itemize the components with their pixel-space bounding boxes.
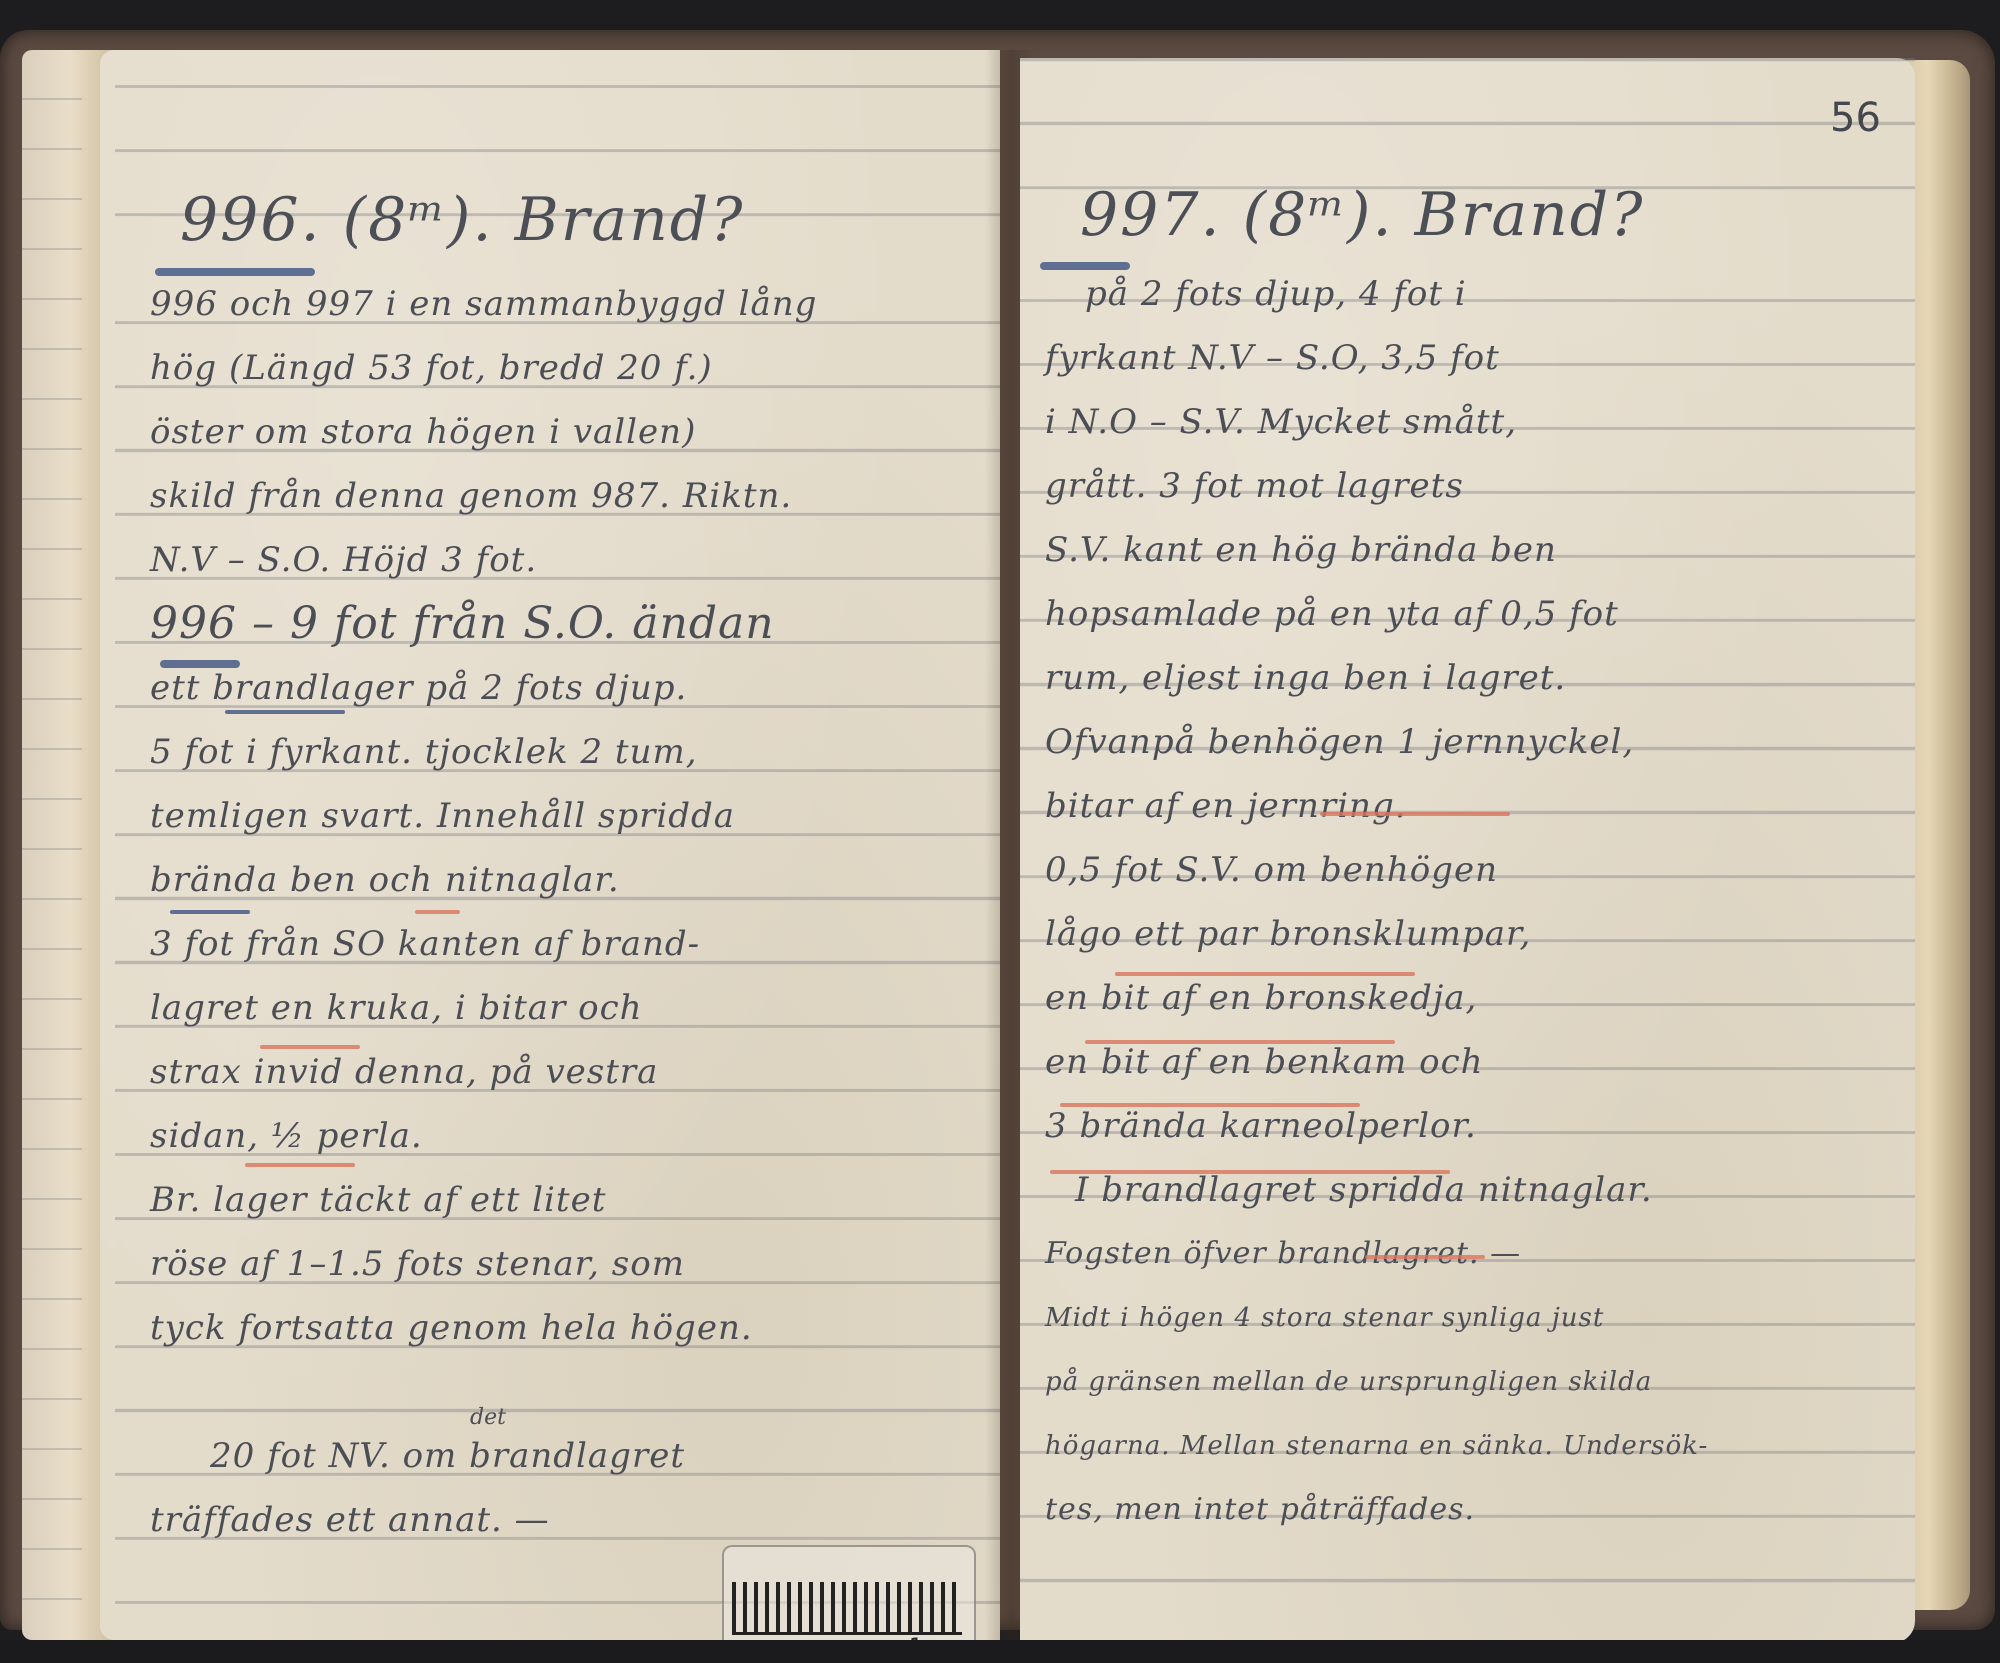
text-line: bitar af en jernring. — [1045, 774, 1708, 838]
red-underline-mark — [1085, 1040, 1395, 1044]
text-line: lågo ett par bronsklumpar, — [1045, 902, 1708, 966]
red-underline-mark — [1320, 812, 1510, 816]
text-line: hopsamlade på en yta af 0,5 fot — [1045, 582, 1708, 646]
text-line: på gränsen mellan de ursprungligen skild… — [1045, 1350, 1708, 1414]
page-number: 56 — [1830, 95, 1881, 141]
text-line: träffades ett annat. — — [150, 1488, 817, 1552]
ruler-ticks — [732, 1582, 962, 1635]
text-line: 996 – 9 fot från S.O. ändan — [150, 592, 817, 656]
text-line: 20 fot NV. om brandlagret — [150, 1424, 817, 1488]
text-line: strax invid denna, på vestra — [150, 1040, 817, 1104]
text-line: Ofvanpå benhögen 1 jernnyckel, — [1045, 710, 1708, 774]
red-underline-mark — [1115, 972, 1415, 976]
text-line: rum, eljest inga ben i lagret. — [1045, 646, 1708, 710]
right-page-heading: 997. (8ᵐ). Brand? — [1080, 180, 1644, 250]
red-underline-mark — [1365, 1255, 1485, 1259]
red-underline-mark — [245, 1163, 355, 1167]
blue-underline-mark — [225, 710, 345, 714]
text-line: I brandlagret spridda nitnaglar. — [1045, 1158, 1708, 1222]
text-line: Fogsten öfver brandlagret. — — [1045, 1222, 1708, 1286]
text-line: på 2 fots djup, 4 fot i — [1045, 262, 1708, 326]
text-line: tes, men intet påträffades. — [1045, 1478, 1708, 1542]
text-line: S.V. kant en hög brända ben — [1045, 518, 1708, 582]
left-page-text: 996 och 997 i en sammanbyggd lång hög (L… — [150, 272, 817, 1552]
text-line: lagret en kruka, i bitar och — [150, 976, 817, 1040]
text-line: i N.O – S.V. Mycket smått, — [1045, 390, 1708, 454]
text-line: högarna. Mellan stenarna en sänka. Under… — [1045, 1414, 1708, 1478]
red-underline-mark — [1050, 1170, 1450, 1174]
text-line: sidan, ½ perla. — [150, 1104, 817, 1168]
blue-underline-mark — [170, 910, 250, 914]
text-line: röse af 1–1.5 fots stenar, som — [150, 1232, 817, 1296]
text-line: N.V – S.O. Höjd 3 fot. — [150, 528, 817, 592]
red-underline-mark — [260, 1045, 360, 1049]
text-line: skild från denna genom 987. Riktn. — [150, 464, 817, 528]
text-line: 3 fot från SO kanten af brand- — [150, 912, 817, 976]
text-line: fyrkant N.V – S.O, 3,5 fot — [1045, 326, 1708, 390]
left-page-stack-rules — [22, 50, 82, 1640]
text-line: Midt i högen 4 stora stenar synliga just — [1045, 1286, 1708, 1350]
red-underline-mark — [415, 910, 460, 914]
blue-underline-mark — [160, 660, 240, 668]
text-line: öster om stora högen i vallen) — [150, 400, 817, 464]
text-line: 5 fot i fyrkant. tjocklek 2 tum, — [150, 720, 817, 784]
text-line: grått. 3 fot mot lagrets — [1045, 454, 1708, 518]
text-line: brända ben och nitnaglar. — [150, 848, 817, 912]
text-line: 996 och 997 i en sammanbyggd lång — [150, 272, 817, 336]
right-page-text: på 2 fots djup, 4 fot i fyrkant N.V – S.… — [1045, 262, 1708, 1542]
text-line: Br. lager täckt af ett litet — [150, 1168, 817, 1232]
scan-background — [0, 1640, 2000, 1663]
left-page-heading: 996. (8ᵐ). Brand? — [180, 185, 744, 255]
insertion-note: det — [470, 1405, 506, 1430]
red-underline-mark — [1060, 1103, 1360, 1107]
text-line: tyck fortsatta genom hela högen. — [150, 1296, 817, 1360]
text-line: hög (Längd 53 fot, bredd 20 f.) — [150, 336, 817, 400]
text-line: 0,5 fot S.V. om benhögen — [1045, 838, 1708, 902]
text-line: temligen svart. Innehåll spridda — [150, 784, 817, 848]
